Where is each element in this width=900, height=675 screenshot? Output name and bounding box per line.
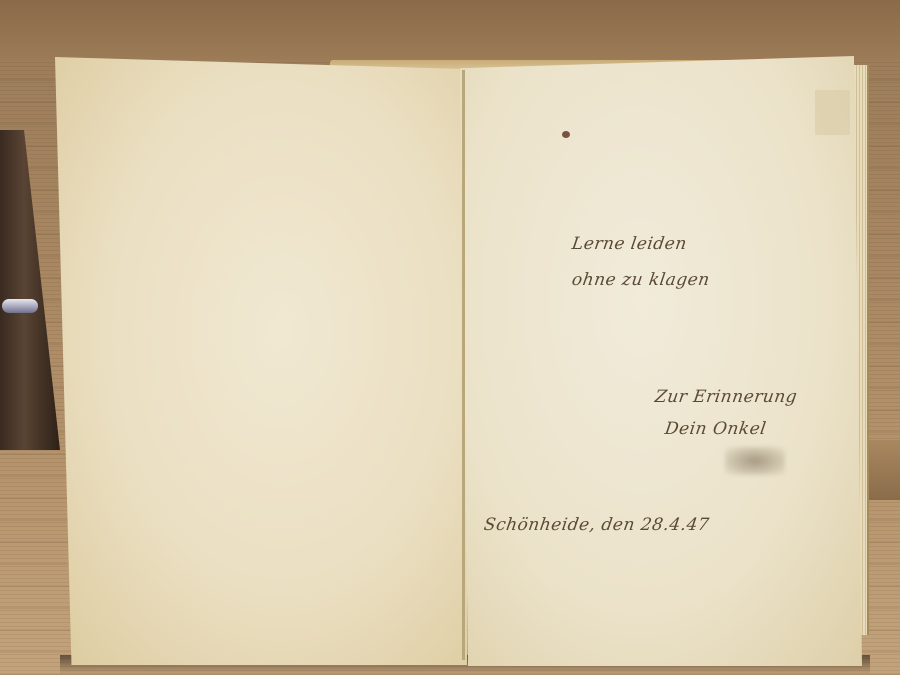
dedication-line-2: Dein Onkel xyxy=(664,419,768,439)
left-page xyxy=(55,57,467,665)
motto-line-2: ohne zu klagen xyxy=(571,270,711,290)
book-spine-gutter xyxy=(462,70,465,660)
redacted-signature xyxy=(725,447,785,475)
background-wood-wall xyxy=(0,0,900,60)
right-page xyxy=(460,56,862,666)
dedication-line-1: Zur Erinnerung xyxy=(654,387,799,407)
tape-repair xyxy=(815,90,850,135)
place-date: Schönheide, den 28.4.47 xyxy=(483,515,711,535)
motto-line-1: Lerne leiden xyxy=(571,234,689,254)
metal-handle xyxy=(2,299,38,313)
ink-spot xyxy=(562,131,570,138)
